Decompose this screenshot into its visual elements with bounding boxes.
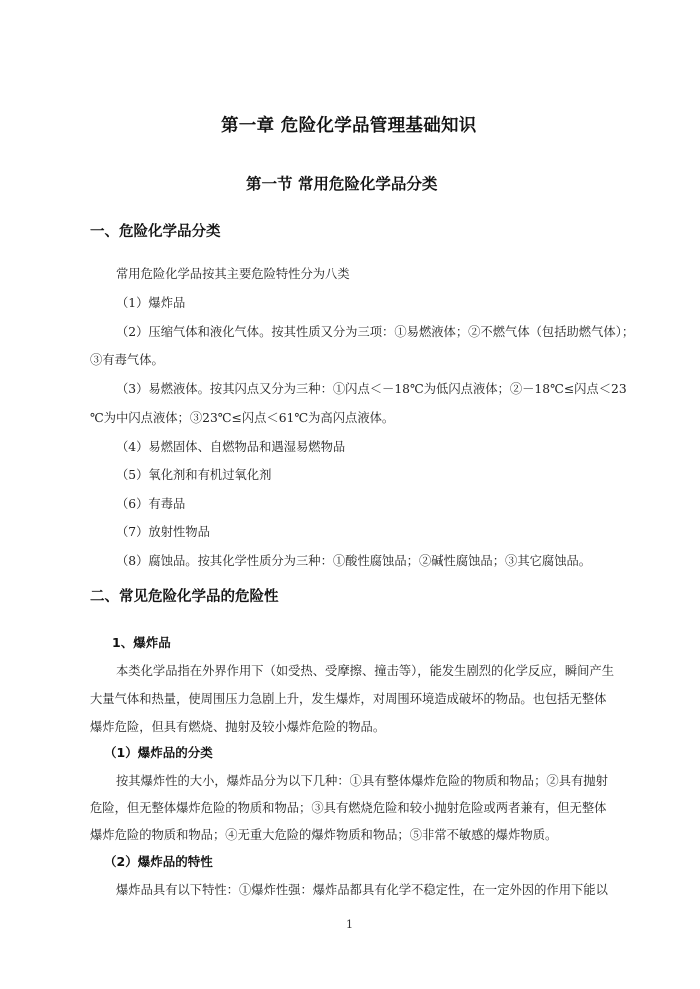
part2-heading: 二、常见危险化学品的危险性 [90,585,279,606]
page-number: 1 [346,918,353,931]
sub1-heading: 1、爆炸品 [112,633,171,651]
section-title: 第一节 常用危险化学品分类 [246,172,437,194]
list-item-continuation: ③有毒气体。 [90,350,164,368]
paragraph-line: 爆炸危险，但具有燃烧、抛射及较小爆炸危险的物品。 [90,717,385,735]
classification-heading: （1）爆炸品的分类 [104,743,213,761]
list-item: （8）腐蚀品。按其化学性质分为三种：①酸性腐蚀品；②碱性腐蚀品；③其它腐蚀品。 [116,551,591,569]
list-item: （4）易燃固体、自燃物品和遇湿易燃物品 [116,437,345,455]
paragraph-line: 本类化学品指在外界作用下（如受热、受摩擦、撞击等），能发生剧烈的化学反应，瞬间产… [116,661,614,679]
part1-intro: 常用危险化学品按其主要危险特性分为八类 [116,264,350,282]
paragraph-line: 大量气体和热量，使周围压力急剧上升，发生爆炸，对周围环境造成破坏的物品。也包括无… [90,689,606,707]
chapter-title: 第一章 危险化学品管理基础知识 [221,112,477,137]
paragraph-line: 危险，但无整体爆炸危险的物质和物品；③具有燃烧危险和较小抛射危险或两者兼有，但无… [90,798,606,816]
list-item: （2）压缩气体和液化气体。按其性质又分为三项：①易燃液体；②不燃气体（包括助燃气… [116,322,634,340]
part1-heading: 一、危险化学品分类 [90,220,221,241]
list-item-continuation: ℃为中闪点液体；③23℃≤闪点＜61℃为高闪点液体。 [90,408,394,426]
list-item: （1）爆炸品 [116,293,185,311]
paragraph-line: 按其爆炸性的大小，爆炸品分为以下几种：①具有整体爆炸危险的物质和物品；②具有抛射 [116,771,608,789]
paragraph-line: 爆炸品具有以下特性：①爆炸性强：爆炸品都具有化学不稳定性，在一定外因的作用下能以 [116,880,608,898]
paragraph-line: 爆炸危险的物质和物品；④无重大危险的爆炸物质和物品；⑤非常不敏感的爆炸物质。 [90,825,557,843]
list-item: （7）放射性物品 [116,522,210,540]
document-page: 第一章 危险化学品管理基础知识 第一节 常用危险化学品分类 一、危险化学品分类 … [0,0,700,989]
properties-heading: （2）爆炸品的特性 [104,852,213,870]
list-item: （3）易燃液体。按其闪点又分为三种：①闪点＜－18℃为低闪点液体；②－18℃≤闪… [116,379,627,397]
list-item: （5）氧化剂和有机过氧化剂 [116,465,271,483]
list-item: （6）有毒品 [116,494,185,512]
